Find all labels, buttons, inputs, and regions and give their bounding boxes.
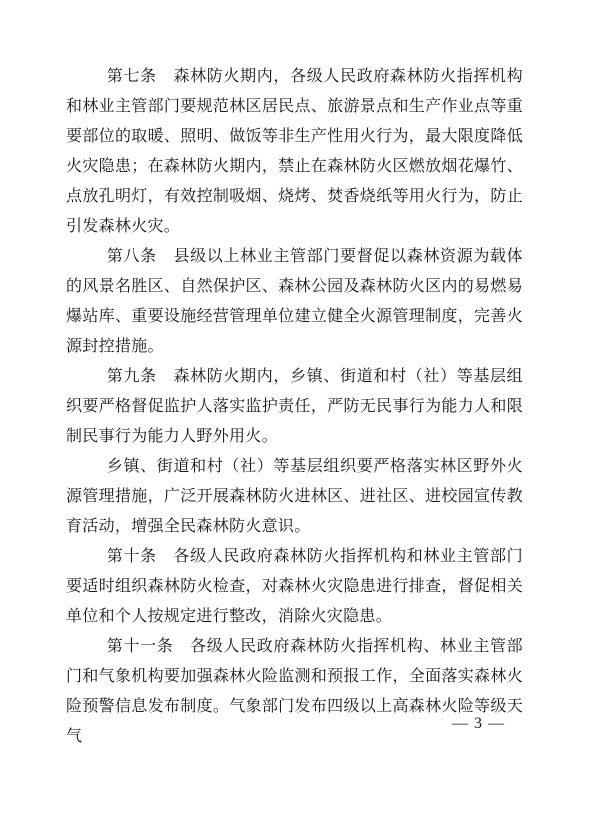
paragraph-article-7: 第七条 森林防火期内，各级人民政府森林防火指挥机构和林业主管部门要规范林区居民点… [66,62,523,242]
scanned-document-page: { "document": { "paragraphs": [ { "id": … [0,0,589,828]
page-number: — 3 — [452,712,505,736]
document-body: 第七条 森林防火期内，各级人民政府森林防火指挥机构和林业主管部门要规范林区居民点… [66,62,523,752]
paragraph-article-10: 第十条 各级人民政府森林防火指挥机构和林业主管部门要适时组织森林防火检查，对森林… [66,542,523,632]
paragraph-article-8: 第八条 县级以上林业主管部门要督促以森林资源为载体的风景名胜区、自然保护区、森林… [66,242,523,362]
paragraph-article-9: 第九条 森林防火期内，乡镇、街道和村（社）等基层组织要严格督促监护人落实监护责任… [66,362,523,452]
paragraph-article-9-continued: 乡镇、街道和村（社）等基层组织要严格落实林区野外火源管理措施，广泛开展森林防火进… [66,452,523,542]
